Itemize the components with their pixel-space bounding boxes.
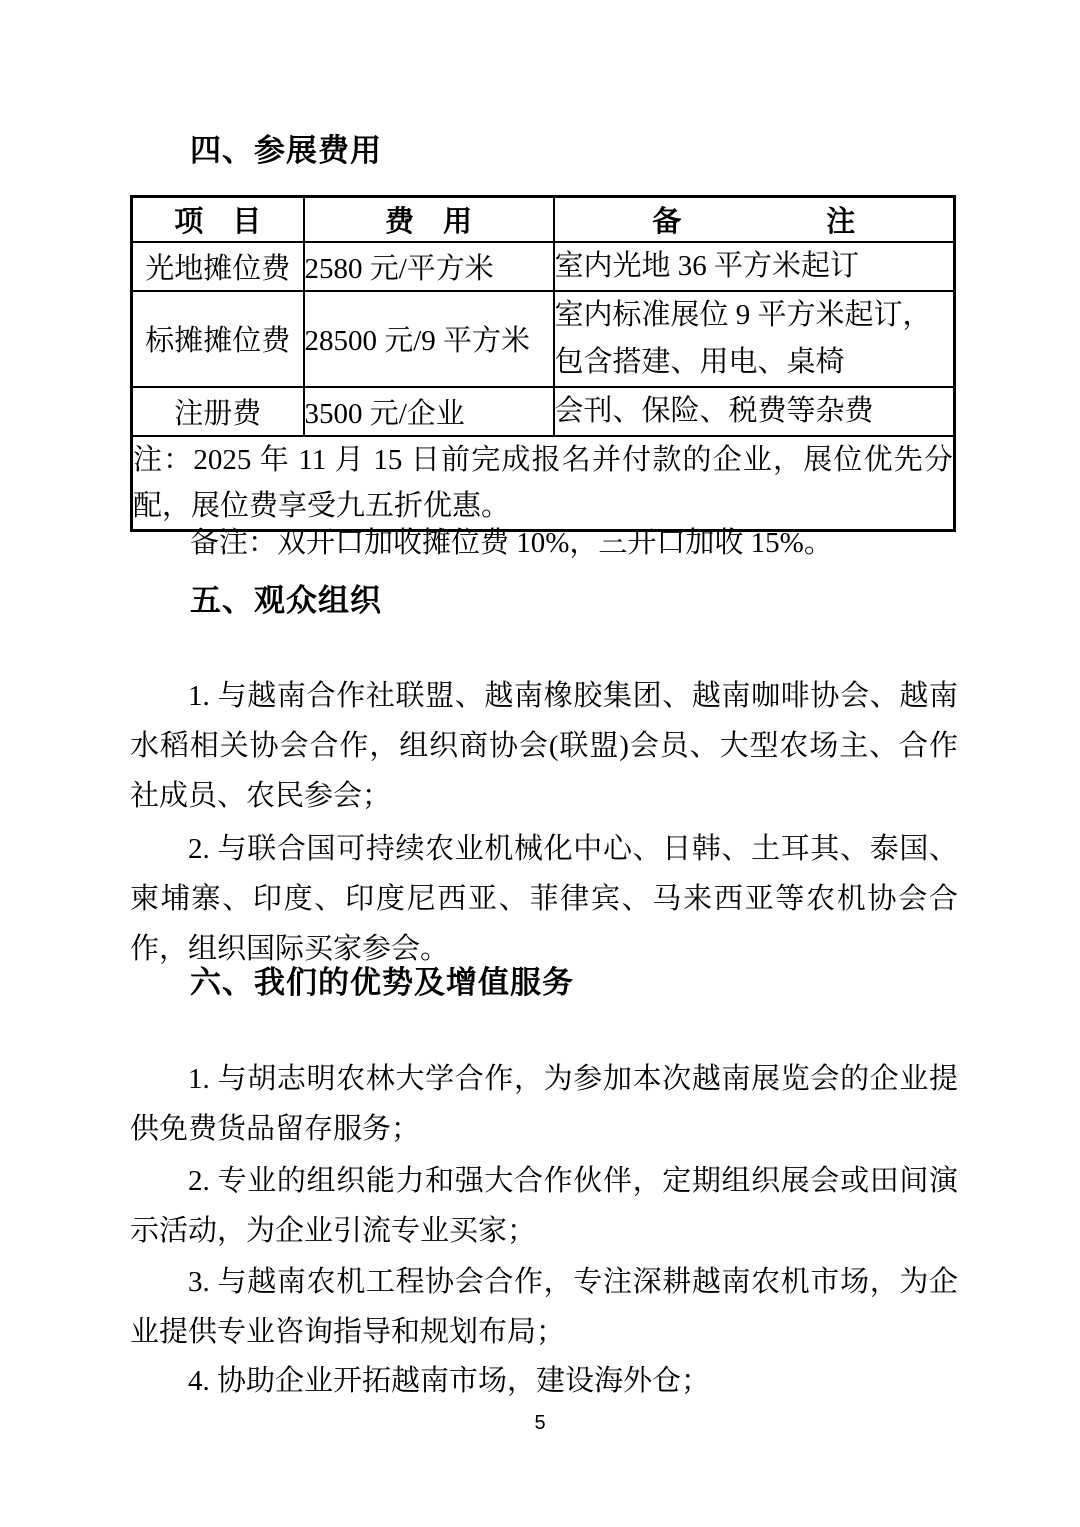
fees-table-header-item: 项 目 — [132, 197, 304, 242]
page-number: 5 — [0, 1412, 1080, 1435]
document-page: 四、参展费用 项 目 费 用 备 注 光地摊位费 2580 元/平方米 室内光地… — [0, 0, 1080, 1527]
cell-item: 注册费 — [132, 387, 304, 436]
cell-fee: 2580 元/平方米 — [304, 242, 554, 291]
cell-item: 光地摊位费 — [132, 242, 304, 291]
cell-fee: 28500 元/9 平方米 — [304, 291, 554, 387]
table-footnote-row: 注：2025 年 11 月 15 日前完成报名并付款的企业，展位优先分配，展位费… — [132, 436, 955, 531]
cell-note: 室内标准展位 9 平方米起订，包含搭建、用电、桌椅 — [554, 291, 955, 387]
advantages-paragraph: 3. 与越南农机工程协会合作，专注深耕越南农机市场，为企业提供专业咨询指导和规划… — [130, 1257, 958, 1357]
section-heading-audience: 五、观众组织 — [190, 583, 382, 619]
table-footnote: 注：2025 年 11 月 15 日前完成报名并付款的企业，展位优先分配，展位费… — [132, 436, 955, 531]
advantages-paragraph: 4. 协助企业开拓越南市场，建设海外仓； — [130, 1356, 958, 1406]
fees-remark: 备注：双开口加收摊位费 10%，三开口加收 15%。 — [190, 521, 960, 565]
section-heading-advantages: 六、我们的优势及增值服务 — [190, 965, 574, 1001]
cell-note: 会刊、保险、税费等杂费 — [554, 387, 955, 436]
section-heading-fees: 四、参展费用 — [190, 133, 382, 169]
fees-table-header-row: 项 目 费 用 备 注 — [132, 197, 955, 242]
audience-paragraph: 2. 与联合国可持续农业机械化中心、日韩、土耳其、泰国、柬埔寨、印度、印度尼西亚… — [130, 824, 958, 974]
cell-fee: 3500 元/企业 — [304, 387, 554, 436]
cell-note: 室内光地 36 平方米起订 — [554, 242, 955, 291]
fees-table-header-note: 备 注 — [554, 197, 955, 242]
fees-table-header-fee: 费 用 — [304, 197, 554, 242]
fees-table: 项 目 费 用 备 注 光地摊位费 2580 元/平方米 室内光地 36 平方米… — [130, 195, 956, 532]
table-row: 注册费 3500 元/企业 会刊、保险、税费等杂费 — [132, 387, 955, 436]
advantages-paragraph: 1. 与胡志明农林大学合作，为参加本次越南展览会的企业提供免费货品留存服务； — [130, 1054, 958, 1154]
table-row: 光地摊位费 2580 元/平方米 室内光地 36 平方米起订 — [132, 242, 955, 291]
audience-paragraph: 1. 与越南合作社联盟、越南橡胶集团、越南咖啡协会、越南水稻相关协会合作，组织商… — [130, 671, 958, 821]
cell-item: 标摊摊位费 — [132, 291, 304, 387]
table-row: 标摊摊位费 28500 元/9 平方米 室内标准展位 9 平方米起订，包含搭建、… — [132, 291, 955, 387]
advantages-paragraph: 2. 专业的组织能力和强大合作伙伴，定期组织展会或田间演示活动，为企业引流专业买… — [130, 1156, 958, 1256]
